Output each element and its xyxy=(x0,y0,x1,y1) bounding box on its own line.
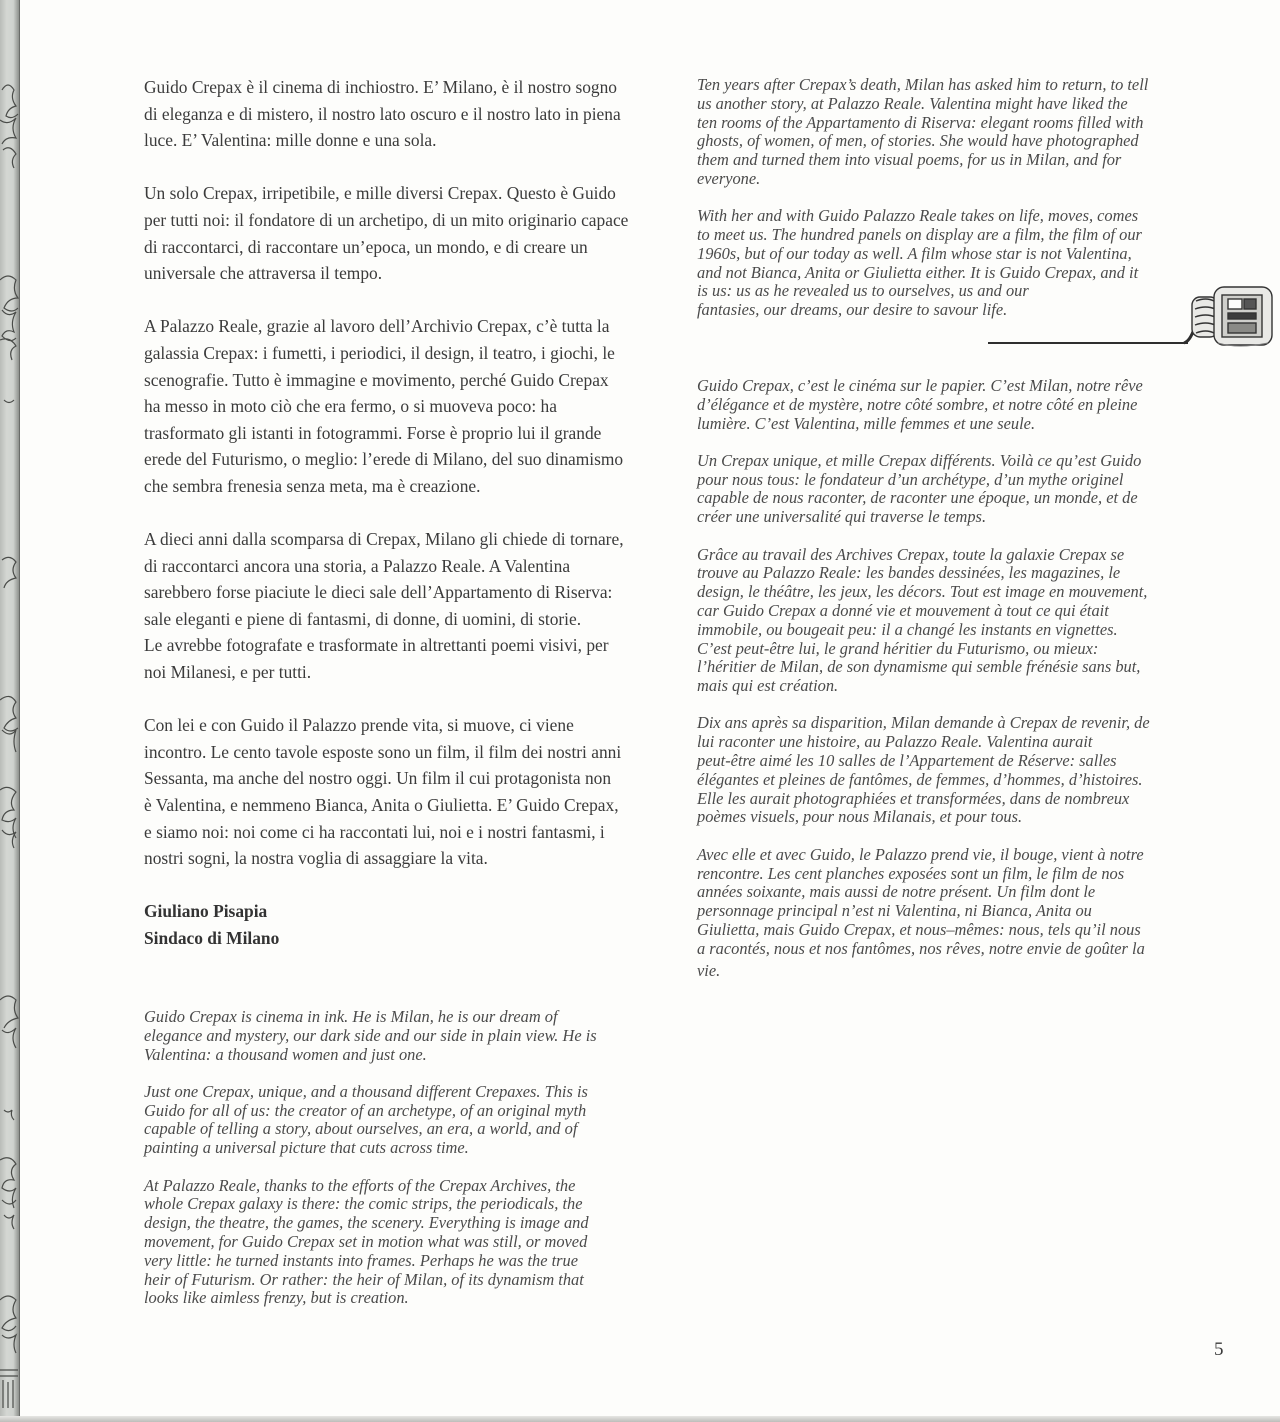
english-paragraph: At Palazzo Reale, thanks to the efforts … xyxy=(144,1177,664,1309)
ink-bottle-icon xyxy=(988,283,1280,353)
text-line: us another story, at Palazzo Reale. Vale… xyxy=(697,95,1217,114)
text-line: Guido Crepax is cinema in ink. He is Mil… xyxy=(144,1008,664,1027)
text-line: è Valentina, e nemmeno Bianca, Anita o G… xyxy=(144,792,664,819)
italian-paragraph: Un solo Crepax, irripetibile, e mille di… xyxy=(144,180,664,286)
text-line: che sembra frenesia senza meta, ma è cre… xyxy=(144,473,664,500)
ink-bottle-illustration xyxy=(988,283,1280,353)
english-paragraph: Ten years after Crepax’s death, Milan ha… xyxy=(697,76,1217,189)
text-line: noi Milanesi, e per tutti. xyxy=(144,659,664,686)
text-line: peut-être aimé les 10 salles de l’Appart… xyxy=(697,752,1217,771)
text-line: 1960s, but of our today as well. A film … xyxy=(697,245,1217,264)
text-line: scenografie. Tutto è immagine e moviment… xyxy=(144,367,664,394)
text-line: Guido Crepax è il cinema di inchiostro. … xyxy=(144,74,664,101)
text-line: nostri sogni, la nostra voglia di assagg… xyxy=(144,845,664,872)
text-line: A dieci anni dalla scomparsa di Crepax, … xyxy=(144,526,664,553)
text-line: and not Bianca, Anita or Giulietta eithe… xyxy=(697,264,1217,283)
text-line: With her and with Guido Palazzo Reale ta… xyxy=(697,207,1217,226)
text-line: rencontre. Les cent planches exposées so… xyxy=(697,865,1217,884)
text-line: Guido for all of us: the creator of an a… xyxy=(144,1102,664,1121)
text-line: per tutti noi: il fondatore di un archet… xyxy=(144,207,664,234)
text-line: A Palazzo Reale, grazie al lavoro dell’A… xyxy=(144,313,664,340)
text-line: luce. E’ Valentina: mille donne e una so… xyxy=(144,127,664,154)
text-line: trasformato gli istanti in fotogrammi. F… xyxy=(144,420,664,447)
text-line: whole Crepax galaxy is there: the comic … xyxy=(144,1195,664,1214)
text-line: capable de nous raconter, de raconter un… xyxy=(697,489,1217,508)
text-line: élégantes et pleines de fantômes, de fem… xyxy=(697,771,1217,790)
text-line: Sessanta, ma anche del nostro oggi. Un f… xyxy=(144,765,664,792)
text-line: Un solo Crepax, irripetibile, e mille di… xyxy=(144,180,664,207)
text-line: to meet us. The hundred panels on displa… xyxy=(697,226,1217,245)
text-line: Dix ans après sa disparition, Milan dema… xyxy=(697,714,1217,733)
french-paragraph: Dix ans après sa disparition, Milan dema… xyxy=(697,714,1217,827)
text-line: personnage principal n’est ni Valentina,… xyxy=(697,902,1217,921)
signature-block: Giuliano Pisapia Sindaco di Milano xyxy=(144,898,664,951)
italian-paragraph: Con lei e con Guido il Palazzo prende vi… xyxy=(144,712,664,872)
text-line: lumière. C’est Valentina, mille femmes e… xyxy=(697,415,1217,434)
text-line: everyone. xyxy=(697,170,1217,189)
french-paragraph: Un Crepax unique, et mille Crepax différ… xyxy=(697,452,1217,527)
text-line: painting a universal picture that cuts a… xyxy=(144,1139,664,1158)
text-line: incontro. Le cento tavole esposte sono u… xyxy=(144,739,664,766)
text-line: a racontés, nous et nos fantômes, nos rê… xyxy=(697,940,1217,959)
text-line: l’héritier de Milan, de son dynamisme qu… xyxy=(697,658,1217,677)
english-paragraph: Guido Crepax is cinema in ink. He is Mil… xyxy=(144,1008,664,1064)
text-line: galassia Crepax: i fumetti, i periodici,… xyxy=(144,340,664,367)
text-line: lui raconter une histoire, au Palazzo Re… xyxy=(697,733,1217,752)
adjacent-page-edge-strip xyxy=(0,0,20,1422)
text-line: capable of telling a story, about oursel… xyxy=(144,1120,664,1139)
italian-paragraph: Guido Crepax è il cinema di inchiostro. … xyxy=(144,74,664,154)
ornament-illustration-icon xyxy=(0,0,19,1422)
text-line: mais qui est création. xyxy=(697,677,1217,696)
text-line: C’est peut-être lui, le grand héritier d… xyxy=(697,640,1217,659)
text-line: At Palazzo Reale, thanks to the efforts … xyxy=(144,1177,664,1196)
text-line: Un Crepax unique, et mille Crepax différ… xyxy=(697,452,1217,471)
text-line: trouve au Palazzo Reale: les bandes dess… xyxy=(697,564,1217,583)
italian-paragraph: A Palazzo Reale, grazie al lavoro dell’A… xyxy=(144,313,664,499)
text-line: années soixante, mais aussi de notre pré… xyxy=(697,883,1217,902)
text-line: Avec elle et avec Guido, le Palazzo pren… xyxy=(697,846,1217,865)
signature-name: Giuliano Pisapia xyxy=(144,898,664,925)
text-line: pour nous tous: le fondateur d’un archét… xyxy=(697,471,1217,490)
text-line: di raccontarci, di raccontare un’epoca, … xyxy=(144,234,664,261)
text-line: very little: he turned instants into fra… xyxy=(144,1252,664,1271)
text-line: ha messo in moto ciò che era fermo, o si… xyxy=(144,393,664,420)
text-line: Guido Crepax, c’est le cinéma sur le pap… xyxy=(697,377,1217,396)
french-translation: Guido Crepax, c’est le cinéma sur le pap… xyxy=(697,377,1217,999)
text-line: Grâce au travail des Archives Crepax, to… xyxy=(697,546,1217,565)
text-line: them and turned them into visual poems, … xyxy=(697,151,1217,170)
text-line: di raccontarci ancora una storia, a Pala… xyxy=(144,553,664,580)
text-line: vie. xyxy=(697,962,1217,981)
text-line: Giulietta, mais Guido Crepax, et nous–mê… xyxy=(697,921,1217,940)
text-line: créer une universalité qui traverse le t… xyxy=(697,508,1217,527)
text-line: di eleganza e di mistero, il nostro lato… xyxy=(144,101,664,128)
italian-preface-column: Guido Crepax è il cinema di inchiostro. … xyxy=(144,74,664,952)
text-line: immobile, ou bougeait peu: il a changé l… xyxy=(697,621,1217,640)
text-line: movement, for Guido Crepax set in motion… xyxy=(144,1233,664,1252)
text-line: Le avrebbe fotografate e trasformate in … xyxy=(144,632,664,659)
page-number: 5 xyxy=(1214,1339,1224,1361)
text-line: sarebbero forse piaciute le dieci sale d… xyxy=(144,579,664,606)
text-line: design, the theatre, the games, the scen… xyxy=(144,1214,664,1233)
italian-paragraph: A dieci anni dalla scomparsa di Crepax, … xyxy=(144,526,664,686)
text-line: Ten years after Crepax’s death, Milan ha… xyxy=(697,76,1217,95)
text-line: sale eleganti e piene di fantasmi, di do… xyxy=(144,606,664,633)
text-line: poèmes visuels, pour nous Milanais, et p… xyxy=(697,808,1217,827)
french-paragraph: Avec elle et avec Guido, le Palazzo pren… xyxy=(697,846,1217,981)
text-line: Valentina: a thousand women and just one… xyxy=(144,1046,664,1065)
text-line: car Guido Crepax a donné vie et mouvemen… xyxy=(697,602,1217,621)
text-line: universale che attraversa il tempo. xyxy=(144,260,664,287)
signature-title: Sindaco di Milano xyxy=(144,925,664,952)
text-line: Just one Crepax, unique, and a thousand … xyxy=(144,1083,664,1102)
french-paragraph: Grâce au travail des Archives Crepax, to… xyxy=(697,546,1217,696)
french-paragraph: Guido Crepax, c’est le cinéma sur le pap… xyxy=(697,377,1217,433)
text-line: ghosts, of women, of men, of stories. Sh… xyxy=(697,132,1217,151)
text-line: ten rooms of the Appartamento di Riserva… xyxy=(697,114,1217,133)
text-line: elegance and mystery, our dark side and … xyxy=(144,1027,664,1046)
page-bottom-edge xyxy=(0,1416,1280,1422)
text-line: looks like aimless frenzy, but is creati… xyxy=(144,1289,664,1308)
english-translation-part-1: Guido Crepax is cinema in ink. He is Mil… xyxy=(144,1008,664,1327)
english-paragraph: Just one Crepax, unique, and a thousand … xyxy=(144,1083,664,1158)
text-line: e siamo noi: noi come ci ha raccontati l… xyxy=(144,819,664,846)
text-line: erede del Futurismo, o meglio: l’erede d… xyxy=(144,446,664,473)
text-line: heir of Futurism. Or rather: the heir of… xyxy=(144,1271,664,1290)
text-line: Elle les aurait photographiées et transf… xyxy=(697,790,1217,809)
text-line: d’élégance et de mystère, notre côté som… xyxy=(697,396,1217,415)
text-line: Con lei e con Guido il Palazzo prende vi… xyxy=(144,712,664,739)
text-line: design, le théâtre, les jeux, les décors… xyxy=(697,583,1217,602)
